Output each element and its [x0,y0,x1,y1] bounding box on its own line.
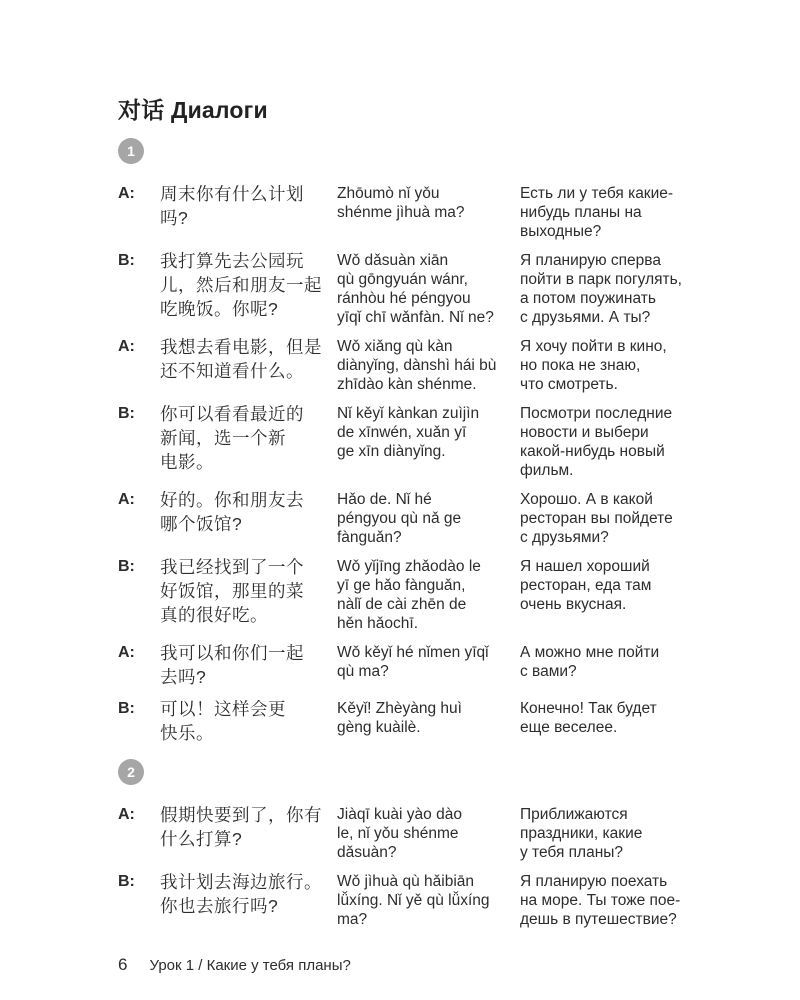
chinese-text: 周末你有什么计划 吗? [160,182,337,230]
dialog-number-badge: 1 [118,138,144,164]
dialog-row: B: 我已经找到了一个 好饭馆，那里的菜 真的很好吃。 Wǒ yǐjīng zh… [118,555,790,633]
russian-text: Я хочу пойти в кино, но пока не знаю, чт… [520,335,790,394]
russian-text: Посмотри последние новости и выбери како… [520,402,790,480]
dialog-1: A: 周末你有什么计划 吗? Zhōumò nǐ yǒu shénme jìhu… [118,182,790,745]
lesson-label: Урок 1 / Какие у тебя планы? [149,957,350,974]
russian-text: Есть ли у тебя какие- нибудь планы на вы… [520,182,790,241]
russian-text: Хорошо. А в какой ресторан вы пойдете с … [520,488,790,547]
chinese-text: 好的。你和朋友去 哪个饭馆? [160,488,337,536]
russian-text: А можно мне пойти с вами? [520,641,790,681]
russian-text: Я нашел хороший ресторан, еда там очень … [520,555,790,614]
chinese-text: 假期快要到了，你有 什么打算? [160,803,337,851]
speaker-label: A: [118,335,160,359]
page-title: 对话 Диалоги [118,96,790,124]
chinese-text: 我已经找到了一个 好饭馆，那里的菜 真的很好吃。 [160,555,337,627]
pinyin-text: Nǐ kěyǐ kànkan zuìjìn de xīnwén, xuǎn yī… [337,402,520,461]
chinese-text: 你可以看看最近的 新闻，选一个新 电影。 [160,402,337,474]
dialog-row: B: 可以！这样会更 快乐。 Kěyǐ! Zhèyàng huì gèng ku… [118,697,790,745]
dialog-row: A: 假期快要到了，你有 什么打算? Jiàqī kuài yào dào le… [118,803,790,862]
chinese-text: 我想去看电影，但是 还不知道看什么。 [160,335,337,383]
speaker-label: A: [118,641,160,665]
speaker-label: B: [118,402,160,426]
dialog-row: B: 我计划去海边旅行。 你也去旅行吗? Wǒ jìhuà qù hǎibiān… [118,870,790,929]
chinese-text: 我可以和你们一起 去吗? [160,641,337,689]
dialog-2: A: 假期快要到了，你有 什么打算? Jiàqī kuài yào dào le… [118,803,790,929]
speaker-label: B: [118,697,160,721]
russian-text: Я планирую поехать на море. Ты тоже пое-… [520,870,790,929]
dialog-row: B: 我打算先去公园玩 儿，然后和朋友一起 吃晚饭。你呢? Wǒ dǎsuàn … [118,249,790,327]
pinyin-text: Wǒ kěyǐ hé nǐmen yīqǐ qù ma? [337,641,520,681]
chinese-text: 我计划去海边旅行。 你也去旅行吗? [160,870,337,918]
russian-text: Конечно! Так будет еще веселее. [520,697,790,737]
page-footer: 6 Урок 1 / Какие у тебя планы? [118,955,790,975]
pinyin-text: Wǒ xiǎng qù kàn diànyǐng, dànshì hái bù … [337,335,520,394]
dialog-row: A: 周末你有什么计划 吗? Zhōumò nǐ yǒu shénme jìhu… [118,182,790,241]
pinyin-text: Wǒ jìhuà qù hǎibiān lǚxíng. Nǐ yě qù lǚx… [337,870,520,929]
dialog-number-badge: 2 [118,759,144,785]
dialog-row: A: 好的。你和朋友去 哪个饭馆? Hǎo de. Nǐ hé péngyou … [118,488,790,547]
pinyin-text: Wǒ dǎsuàn xiān qù gōngyuán wánr, ránhòu … [337,249,520,327]
chinese-text: 可以！这样会更 快乐。 [160,697,337,745]
pinyin-text: Zhōumò nǐ yǒu shénme jìhuà ma? [337,182,520,222]
speaker-label: B: [118,870,160,894]
textbook-page: 对话 Диалоги 1 A: 周末你有什么计划 吗? Zhōumò nǐ yǒ… [0,0,800,1000]
pinyin-text: Jiàqī kuài yào dào le, nǐ yǒu shénme dǎs… [337,803,520,862]
pinyin-text: Wǒ yǐjīng zhǎodào le yī ge hǎo fànguǎn, … [337,555,520,633]
pinyin-text: Kěyǐ! Zhèyàng huì gèng kuàilè. [337,697,520,737]
pinyin-text: Hǎo de. Nǐ hé péngyou qù nǎ ge fànguǎn? [337,488,520,547]
speaker-label: A: [118,488,160,512]
speaker-label: B: [118,555,160,579]
chinese-text: 我打算先去公园玩 儿，然后和朋友一起 吃晚饭。你呢? [160,249,337,321]
speaker-label: B: [118,249,160,273]
dialog-row: A: 我可以和你们一起 去吗? Wǒ kěyǐ hé nǐmen yīqǐ qù… [118,641,790,689]
dialog-row: B: 你可以看看最近的 新闻，选一个新 电影。 Nǐ kěyǐ kànkan z… [118,402,790,480]
russian-text: Я планирую сперва пойти в парк погулять,… [520,249,790,327]
speaker-label: A: [118,182,160,206]
speaker-label: A: [118,803,160,827]
dialog-row: A: 我想去看电影，但是 还不知道看什么。 Wǒ xiǎng qù kàn di… [118,335,790,394]
page-number: 6 [118,955,127,975]
russian-text: Приближаются праздники, какие у тебя пла… [520,803,790,862]
